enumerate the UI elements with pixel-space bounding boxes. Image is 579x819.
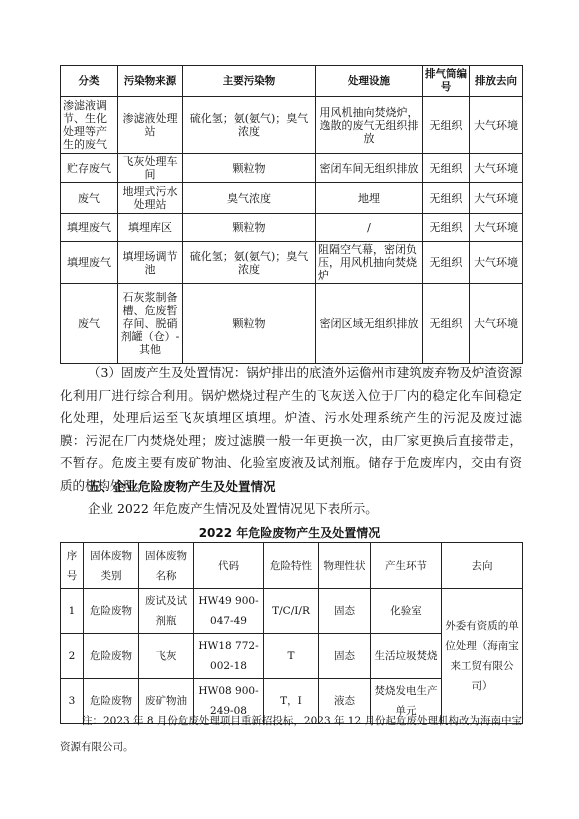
cell: 硫化氢；氨(氨气)；臭气浓度 [183, 97, 316, 154]
cell: 地埋式污水处理站 [118, 183, 183, 214]
cell: HW18 772-002-18 [194, 634, 264, 679]
cell: 填埋库区 [118, 214, 183, 242]
cell: 废气 [61, 183, 118, 214]
table-row: 废气 石灰浆制备槽、危废暂存间、脱硝剂罐（仓）-其他 颗粒物 密闭区域无组织排放… [61, 284, 523, 364]
cell: 无组织 [423, 97, 470, 154]
cell: 渗滤液调节、生化处理等产生的废气 [61, 97, 118, 154]
col-header: 序号 [61, 543, 84, 589]
col-header: 危险特性 [264, 543, 319, 589]
col-header: 产生环节 [371, 543, 442, 589]
cell: / [316, 214, 423, 242]
col-header: 固体废物名称 [139, 543, 194, 589]
cell: T/C/I/R [264, 589, 319, 634]
cell: 危险废物 [84, 589, 139, 634]
cell: 化验室 [371, 589, 442, 634]
cell: 渗滤液处理站 [118, 97, 183, 154]
cell: 用风机抽向焚烧炉，逸散的废气无组织排放 [316, 97, 423, 154]
cell: 2 [61, 634, 84, 679]
cell: 无组织 [423, 154, 470, 183]
col-header: 排放去向 [470, 66, 523, 97]
cell: 固态 [319, 634, 371, 679]
col-header: 代码 [194, 543, 264, 589]
cell: 颗粒物 [183, 154, 316, 183]
table-row: 填埋废气 填埋库区 颗粒物 / 无组织 大气环境 [61, 214, 523, 242]
cell: 地埋 [316, 183, 423, 214]
cell: 石灰浆制备槽、危废暂存间、脱硝剂罐（仓）-其他 [118, 284, 183, 364]
cell: 阻隔空气幕，密闭负压，用风机抽向焚烧炉 [316, 242, 423, 284]
cell: 大气环境 [470, 284, 523, 364]
cell: 危险废物 [84, 634, 139, 679]
cell: 生活垃圾焚烧 [371, 634, 442, 679]
cell: 硫化氢；氨(氨气)；臭气浓度 [183, 242, 316, 284]
table-row: 废气 地埋式污水处理站 臭气浓度 地埋 无组织 大气环境 [61, 183, 523, 214]
cell: HW49 900-047-49 [194, 589, 264, 634]
cell: 贮存废气 [61, 154, 118, 183]
cell-destination: 外委有资质的单位处理（海南宝来工贸有限公司） [442, 589, 523, 724]
col-header: 去向 [442, 543, 523, 589]
cell: 固态 [319, 589, 371, 634]
col-header: 主要污染物 [183, 66, 316, 97]
cell: 大气环境 [470, 214, 523, 242]
table-row: 贮存废气 飞灰处理车间 颗粒物 密闭车间无组织排放 无组织 大气环境 [61, 154, 523, 183]
cell: 填埋废气 [61, 242, 118, 284]
cell: 大气环境 [470, 183, 523, 214]
cell: 填埋废气 [61, 214, 118, 242]
table-row: 填埋废气 填埋场调节池 硫化氢；氨(氨气)；臭气浓度 阻隔空气幕，密闭负压，用风… [61, 242, 523, 284]
cell: 飞灰 [139, 634, 194, 679]
hazardous-waste-table: 序号 固体废物类别 固体废物名称 代码 危险特性 物理性状 产生环节 去向 1 … [60, 542, 523, 724]
section-intro: 企业 2022 年危废产生情况及处置情况见下表所示。 [88, 499, 378, 517]
col-header: 物理性状 [319, 543, 371, 589]
cell: 颗粒物 [183, 214, 316, 242]
section-heading: 五、企业危险废物产生及处置情况 [88, 477, 276, 495]
cell: 大气环境 [470, 242, 523, 284]
col-header: 排气筒编号 [423, 66, 470, 97]
cell: 大气环境 [470, 154, 523, 183]
cell: 大气环境 [470, 97, 523, 154]
col-header: 固体废物类别 [84, 543, 139, 589]
table-caption: 2022 年危险废物产生及处置情况 [0, 524, 579, 541]
col-header: 污染物来源 [118, 66, 183, 97]
cell: 废试及试剂瓶 [139, 589, 194, 634]
table-header-row: 序号 固体废物类别 固体废物名称 代码 危险特性 物理性状 产生环节 去向 [61, 543, 523, 589]
cell: 无组织 [423, 183, 470, 214]
table-row: 1 危险废物 废试及试剂瓶 HW49 900-047-49 T/C/I/R 固态… [61, 589, 523, 634]
cell: 臭气浓度 [183, 183, 316, 214]
table-row: 渗滤液调节、生化处理等产生的废气 渗滤液处理站 硫化氢；氨(氨气)；臭气浓度 用… [61, 97, 523, 154]
cell: 1 [61, 589, 84, 634]
cell: 密闭区域无组织排放 [316, 284, 423, 364]
cell: 废气 [61, 284, 118, 364]
cell: 填埋场调节池 [118, 242, 183, 284]
cell: 无组织 [423, 284, 470, 364]
cell: 飞灰处理车间 [118, 154, 183, 183]
footnote: 注：2023 年 8 月份危废处理项目重新招投标，2023 年 12 月份起危废… [60, 708, 522, 760]
col-header: 分类 [61, 66, 118, 97]
waste-gas-table: 分类 污染物来源 主要污染物 处理设施 排气筒编号 排放去向 渗滤液调节、生化处… [60, 65, 523, 364]
col-header: 处理设施 [316, 66, 423, 97]
cell: 无组织 [423, 242, 470, 284]
cell: T [264, 634, 319, 679]
cell: 无组织 [423, 214, 470, 242]
cell: 颗粒物 [183, 284, 316, 364]
cell: 密闭车间无组织排放 [316, 154, 423, 183]
table-header-row: 分类 污染物来源 主要污染物 处理设施 排气筒编号 排放去向 [61, 66, 523, 97]
